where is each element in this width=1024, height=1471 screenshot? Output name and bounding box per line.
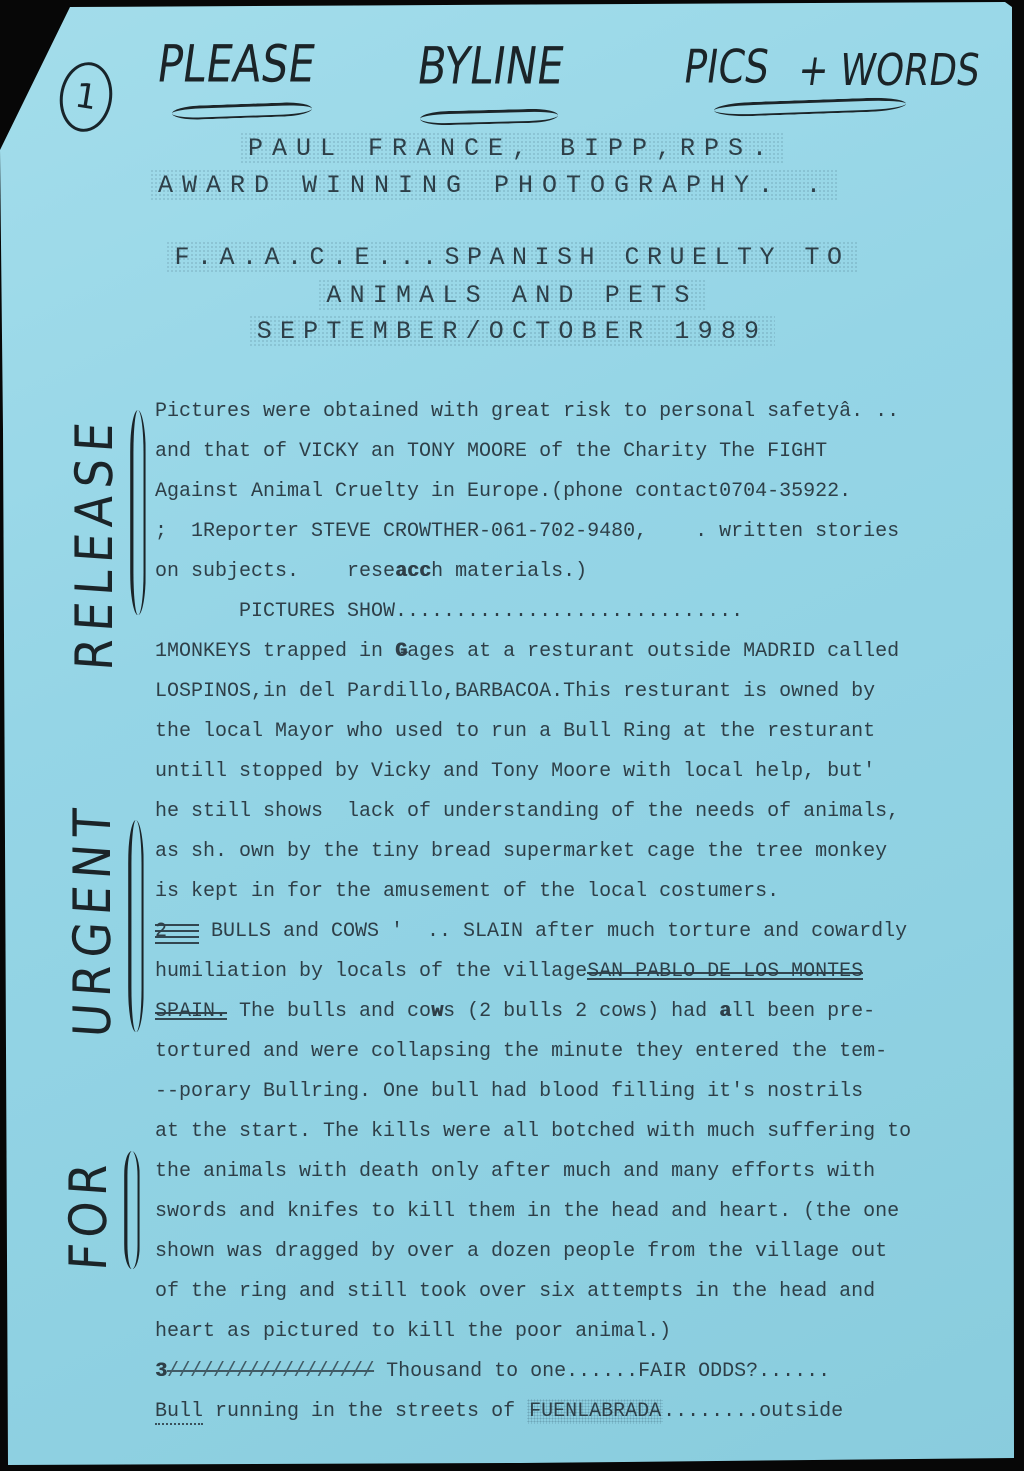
title-line-3: SEPTEMBER/OCTOBER 1989 [0,315,1024,348]
double-underline-urgent [128,820,144,1033]
byline-line-2-text: AWARD WINNING PHOTOGRAPHY. . [150,169,838,202]
scanned-document: 1 PLEASE BYLINE PICS + WORDS PAUL FRANCE… [0,0,1024,1471]
byline-line-1-text: PAUL FRANCE, BIPP,RPS. [240,132,784,165]
body-line: 3////////////////// Thousand to one.....… [155,1352,911,1392]
body-line: of the ring and still took over six atte… [155,1272,911,1312]
body-line: SPAIN. The bulls and cows (2 bulls 2 cow… [155,992,911,1032]
body-line: shown was dragged by over a dozen people… [155,1232,911,1272]
body-line: the local Mayor who used to run a Bull R… [155,712,911,752]
body-line: --porary Bullring. One bull had blood fi… [155,1072,911,1112]
body-line: and that of VICKY an TONY MOORE of the C… [155,432,911,472]
body-line: 1MONKEYS trapped in Ǥages at a resturant… [155,632,911,672]
body-line: is kept in for the amusement of the loca… [155,872,911,912]
body-line: the animals with death only after much a… [155,1152,911,1192]
handwritten-word-byline: BYLINE [414,36,568,96]
page-number: 1 [72,76,100,119]
body-line: LOSPINOS,in del Pardillo,BARBACOA.This r… [155,672,911,712]
byline-line-2: AWARD WINNING PHOTOGRAPHY. . [0,169,1006,202]
body-line: 2 BULLS and COWS ' .. SLAIN after much t… [155,912,911,952]
body-line: PICTURES SHOW...........................… [155,592,911,632]
body-line: Pictures were obtained with great risk t… [155,392,911,432]
double-underline-release [130,410,146,616]
body-line: untill stopped by Vicky and Tony Moore w… [155,752,911,792]
handwritten-word-words: + WORDS [795,46,983,96]
title-line-3-text: SEPTEMBER/OCTOBER 1989 [249,315,775,348]
title-line-2-text: ANIMALS AND PETS [318,279,705,312]
body-line: Bull running in the streets of FUENLABRA… [155,1392,911,1432]
margin-word-release-text: RELEASE [64,414,124,673]
body-line: on subjects. reseacch materials.) [155,552,911,592]
body-text: Pictures were obtained with great risk t… [155,392,911,1432]
body-line: at the start. The kills were all botched… [155,1112,911,1152]
body-line: Against Animal Cruelty in Europe.(phone … [155,472,911,512]
margin-word-urgent-text: URGENT [62,800,122,1039]
byline-line-1: PAUL FRANCE, BIPP,RPS. [0,132,1024,165]
body-line: humiliation by locals of the villageSAN … [155,952,911,992]
margin-word-for-text: FOR [58,1155,118,1272]
body-line: ; 1Reporter STEVE CROWTHER-061-702-9480,… [155,512,911,552]
margin-word-for: FOR [58,1146,140,1274]
body-line: tortured and were collapsing the minute … [155,1032,911,1072]
margin-word-release: RELEASE [64,405,146,674]
handwritten-word-please: PLEASE [154,34,320,94]
body-line: heart as pictured to kill the poor anima… [155,1312,911,1352]
margin-word-urgent: URGENT [62,800,144,1041]
body-line: as sh. own by the tiny bread supermarket… [155,832,911,872]
handwritten-word-pics: PICS [680,40,772,94]
body-line: he still shows lack of understanding of … [155,792,911,832]
title-line-1: F.A.A.C.E...SPANISH CRUELTY TO [0,241,1024,274]
body-line: swords and knifes to kill them in the he… [155,1192,911,1232]
title-line-2: ANIMALS AND PETS [0,279,1024,312]
title-line-1-text: F.A.A.C.E...SPANISH CRUELTY TO [166,241,857,274]
double-underline-for [124,1151,140,1270]
